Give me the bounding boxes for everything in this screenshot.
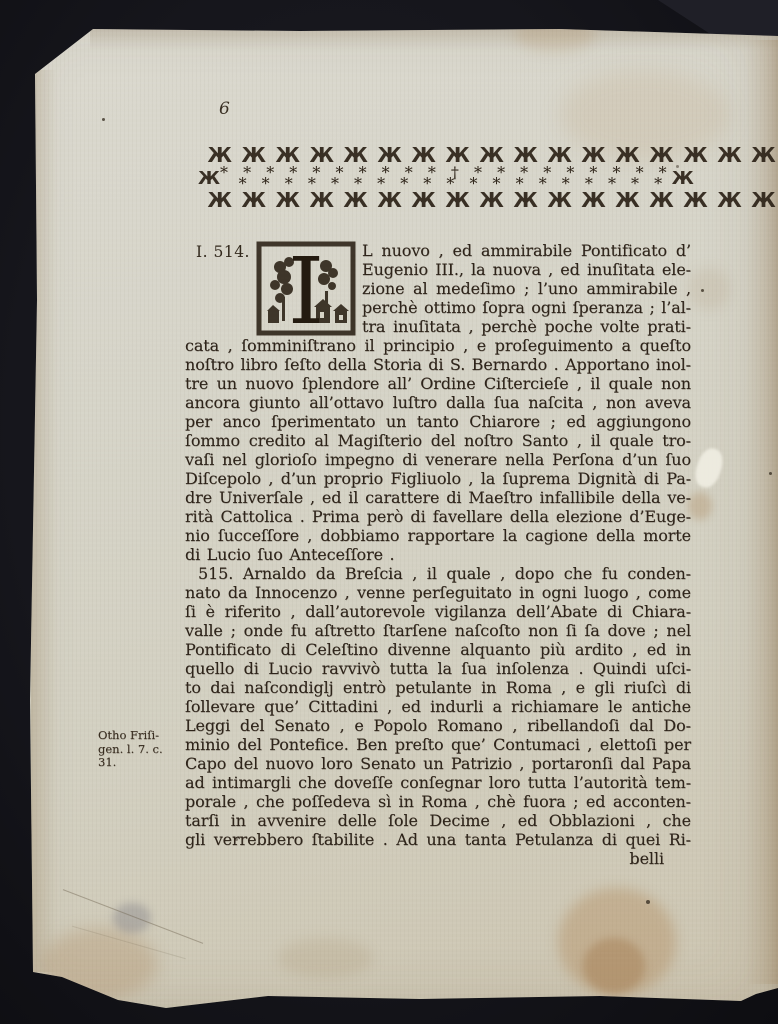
text-line: Otho Friſi- — [98, 729, 184, 743]
page-number: 6 — [219, 99, 230, 119]
text-line: minio del Pontefice. Ben preſto que’ Con… — [185, 735, 691, 754]
text-line: di Lucio ſuo Anteceſſore . — [185, 545, 691, 564]
catchword-row: belli — [185, 849, 691, 868]
text-line: nio ſucceſſore , dobbiamo rapportare la … — [185, 526, 691, 545]
text-line: ſommo credito al Magiſterio del noſtro S… — [185, 431, 691, 450]
scanned-book-page: 6 ЖЖЖЖЖЖЖЖЖЖЖЖЖЖЖЖЖЖЖ Ж * * * * * * * * … — [0, 0, 778, 1024]
text-line: ſollevare que’ Cittadini , ed indurli a … — [185, 697, 691, 716]
text-line: ad intimargli che doveſſe conſegnar loro… — [185, 773, 691, 792]
text-line: Eugenio III., la nuova , ed inuſitata el… — [362, 260, 691, 279]
text-line: 515. Arnaldo da Breſcia , il quale , dop… — [185, 564, 691, 583]
text-line: porale , che poſſedeva sì in Roma , chè … — [185, 792, 691, 811]
para-515-body: 515. Arnaldo da Breſcia , il quale , dop… — [185, 564, 691, 849]
text-line: tre un nuovo ſplendore all’ Ordine Ciſte… — [185, 374, 691, 393]
text-line: perchè ottimo ſopra ogni ſperanza ; l’al… — [362, 298, 691, 317]
text-line: ſi è riferito , dall’autorevole vigilanz… — [185, 602, 691, 621]
para-514-body: cata , ſomminiſtrano il principio , e pr… — [185, 336, 691, 564]
text-line: L nuovo , ed ammirabile Pontificato d’ — [362, 241, 691, 260]
text-line: gli verrebbero ſtabilite . Ad una tanta … — [185, 830, 691, 849]
text-line: Pontificato di Celeſtino divenne alquant… — [185, 640, 691, 659]
headpiece-ornament: ЖЖЖЖЖЖЖЖЖЖЖЖЖЖЖЖЖЖЖ Ж * * * * * * * * * … — [198, 145, 690, 211]
text-line: Leggi del Senato , e Popolo Romano , rib… — [185, 716, 691, 735]
text-line: gen. l. 7. c. — [98, 743, 184, 757]
fleuron-end-right: Ж — [672, 168, 694, 189]
margin-note-otho: Otho Friſi-gen. l. 7. c.31. — [98, 729, 184, 770]
text-line: valle ; onde fu aſtretto ſtarſene naſcoſ… — [185, 621, 691, 640]
fleuron-end-left: Ж — [198, 168, 220, 189]
text-line: rità Cattolica . Prima però di favellare… — [185, 507, 691, 526]
text-line: to dai naſcondiglj entrò petulante in Ro… — [185, 678, 691, 697]
text-block: L nuovo , ed ammirabile Pontificato d’Eu… — [185, 241, 691, 868]
text-line: 31. — [98, 756, 184, 770]
catchword: belli — [629, 849, 664, 868]
text-line: nato da Innocenzo , venne perſeguitato i… — [185, 583, 691, 602]
text-line: tarſi in avvenire delle ſole Decime , ed… — [185, 811, 691, 830]
text-line: Capo del nuovo loro Senato un Patrizio ,… — [185, 754, 691, 773]
text-line: tra inuſitata , perchè poche volte prati… — [362, 317, 691, 336]
paper-sheet: 6 ЖЖЖЖЖЖЖЖЖЖЖЖЖЖЖЖЖЖЖ Ж * * * * * * * * … — [0, 0, 778, 1024]
text-line: zione al medeſimo ; l’uno ammirabile , — [362, 279, 691, 298]
text-line: dre Univerſale , ed il carattere di Maeſ… — [185, 488, 691, 507]
text-line: Diſcepolo , d’un proprio Figliuolo , la … — [185, 469, 691, 488]
fleuron-row-top: ЖЖЖЖЖЖЖЖЖЖЖЖЖЖЖЖЖЖЖ — [198, 145, 690, 166]
fleuron-row-bottom: ЖЖЖЖЖЖЖЖЖЖЖЖЖЖЖЖЖЖЖ — [198, 190, 690, 211]
text-line: cata , ſomminiſtrano il principio , e pr… — [185, 336, 691, 355]
text-line: vaſi nel glorioſo impegno di venerare ne… — [185, 450, 691, 469]
text-line: ancora giunto all’ottavo luſtro dalla ſu… — [185, 393, 691, 412]
para-514-beside-initial: L nuovo , ed ammirabile Pontificato d’Eu… — [362, 241, 691, 336]
text-line: noſtro libro ſeſto della Storia di S. Be… — [185, 355, 691, 374]
text-line: quello di Lucio ravvivò tutta la ſua inſ… — [185, 659, 691, 678]
text-line: per anco ſperimentato un tanto Chiarore … — [185, 412, 691, 431]
